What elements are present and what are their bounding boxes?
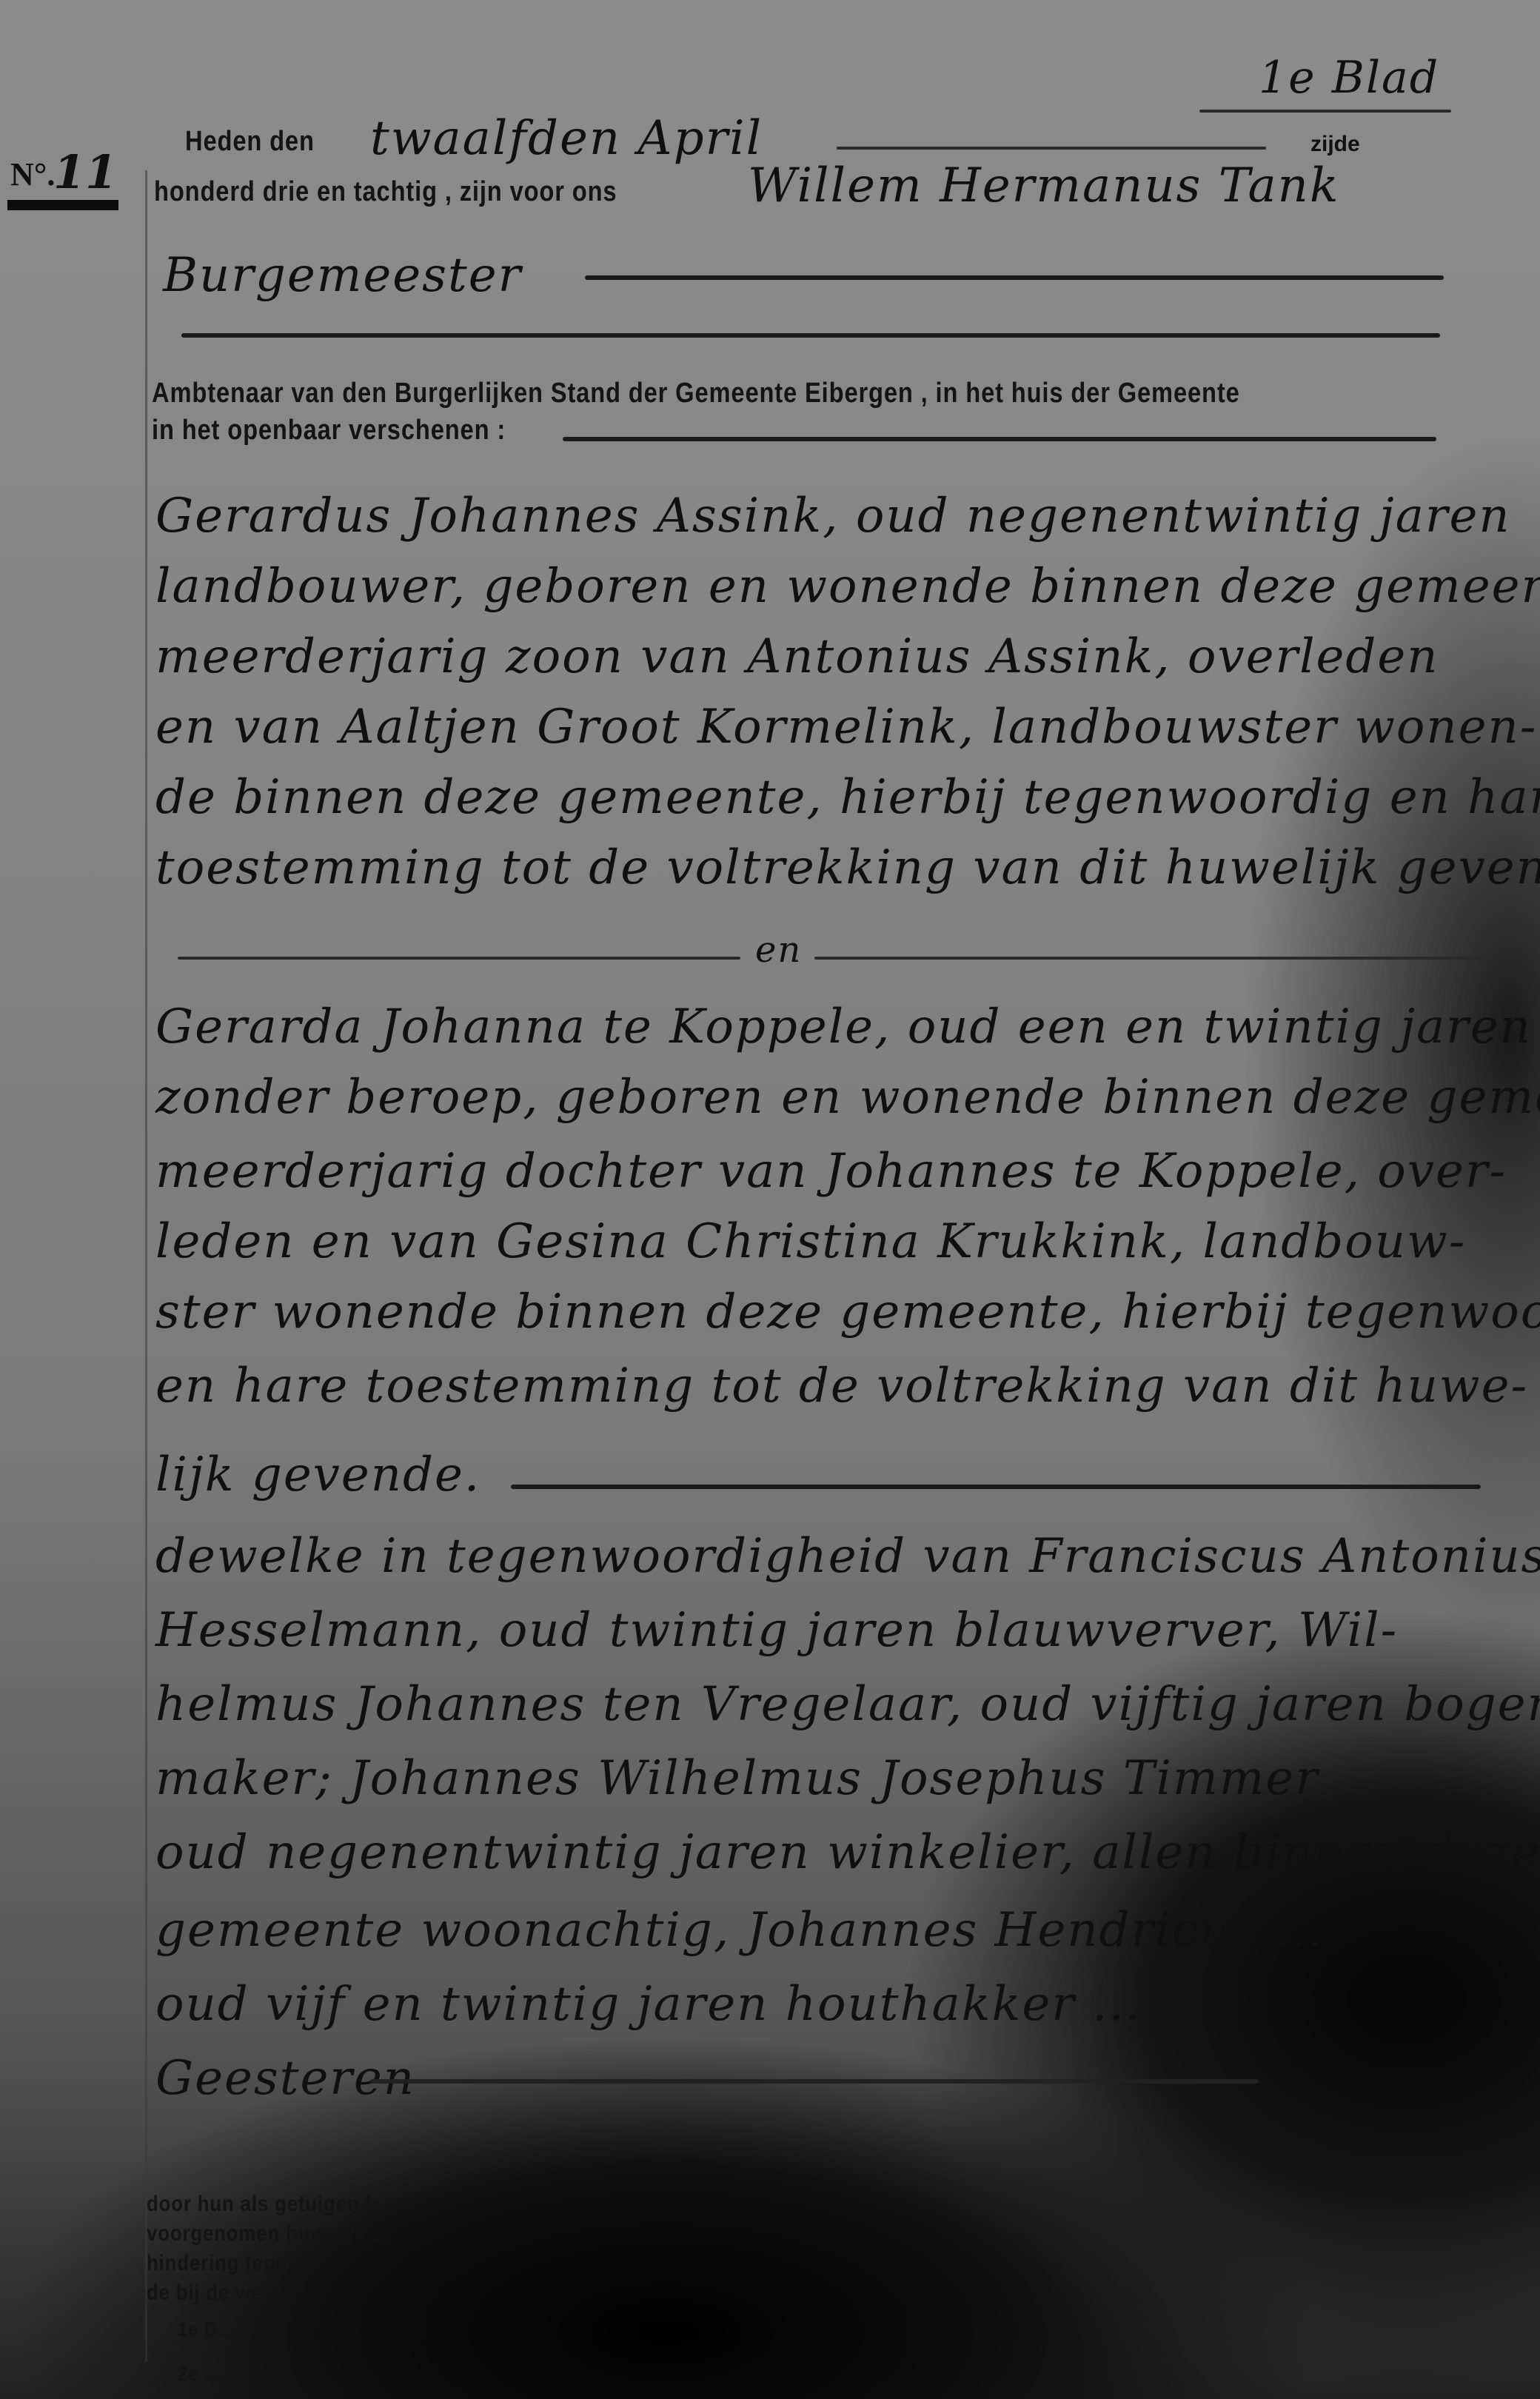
handwritten-date: twaalfden April (370, 111, 763, 166)
groom-line: meerderjarig zoon van Antonius Assink, o… (155, 629, 1439, 684)
printed-ambtenaar: Ambtenaar van den Burgerlijken Stand der… (152, 378, 1240, 409)
bride-end-rule (511, 1485, 1481, 1489)
en-rule-right (814, 957, 1481, 960)
date-rule (837, 147, 1266, 150)
record-number-value: 11 (53, 145, 117, 199)
printed-bottom-3: hindering tegen ... (147, 2251, 324, 2276)
blank-rule (181, 333, 1440, 338)
handwritten-official-title: Burgemeester (163, 248, 522, 303)
groom-line: de binnen deze gemeente, hierbij tegenwo… (155, 770, 1540, 825)
printed-bottom-5: 1e D... (178, 2318, 235, 2341)
witness-line: dewelke in tegenwoordigheid van Francisc… (155, 1529, 1540, 1584)
en-rule-left (178, 957, 740, 960)
margin-rule (145, 170, 147, 2362)
printed-bottom-1: door hun als getuigen b... (147, 2192, 395, 2217)
openbaar-rule (563, 437, 1436, 441)
witness-line: maker; Johannes Wilhelmus Josephus Timme… (155, 1751, 1319, 1806)
bride-line: Gerarda Johanna te Koppele, oud een en t… (155, 1000, 1532, 1054)
bride-line: meerderjarig dochter van Johannes te Kop… (155, 1144, 1507, 1199)
handwritten-official-name: Willem Hermanus Tank (748, 158, 1340, 213)
witness-line: helmus Johannes ten Vregelaar, oud vijft… (155, 1677, 1540, 1732)
witness-line: oud vijf en twintig jaren houthakker ... (155, 1977, 1142, 2032)
printed-openbaar: in het openbaar verschenen : (152, 415, 506, 446)
groom-line: landbouwer, geboren en wonende binnen de… (155, 559, 1540, 614)
witness-line: oud negenentwintig jaren winkelier, alle… (155, 1825, 1540, 1880)
conjunction-en: en (755, 929, 802, 971)
witness-line: gemeente woonachtig, Johannes Hendricus … (155, 1903, 1324, 1958)
witness-line: Geesteren (155, 2051, 415, 2106)
bride-line: zonder beroep, geboren en wonende binnen… (155, 1070, 1540, 1125)
record-number-label: N°. (10, 155, 55, 193)
bride-line: lijk gevende. (155, 1448, 481, 1502)
side-label: zijde (1310, 132, 1360, 157)
bride-line: leden en van Gesina Christina Krukkink, … (155, 1214, 1466, 1269)
printed-bottom-4: de bij de we... (147, 2281, 281, 2306)
groom-line: en van Aaltjen Groot Kormelink, landbouw… (155, 700, 1537, 755)
title-rule (585, 275, 1444, 280)
bride-line: ster wonende binnen deze gemeente, hierb… (155, 1285, 1540, 1339)
witness-line: Hesselmann, oud twintig jaren blauwverve… (155, 1603, 1398, 1658)
sheet-rule (1199, 110, 1451, 113)
groom-line: toestemming tot de voltrekking van dit h… (155, 840, 1540, 895)
printed-heden: Heden den (185, 126, 315, 158)
printed-bottom-6: 2e ... (178, 2362, 221, 2386)
witness-end-rule (370, 2079, 1259, 2084)
record-number-underline (7, 200, 118, 210)
printed-honderd: honderd drie en tachtig , zijn voor ons (154, 176, 617, 208)
groom-line: Gerardus Johannes Assink, oud negenentwi… (155, 489, 1511, 543)
bride-line: en hare toestemming tot de voltrekking v… (155, 1359, 1528, 1413)
document-page: N°. 11 1e Blad zijde Heden den twaalfden… (0, 0, 1540, 2399)
sheet-number: 1e Blad (1259, 52, 1439, 104)
printed-bottom-2: voorgenomen huwelijk ... (147, 2221, 390, 2246)
